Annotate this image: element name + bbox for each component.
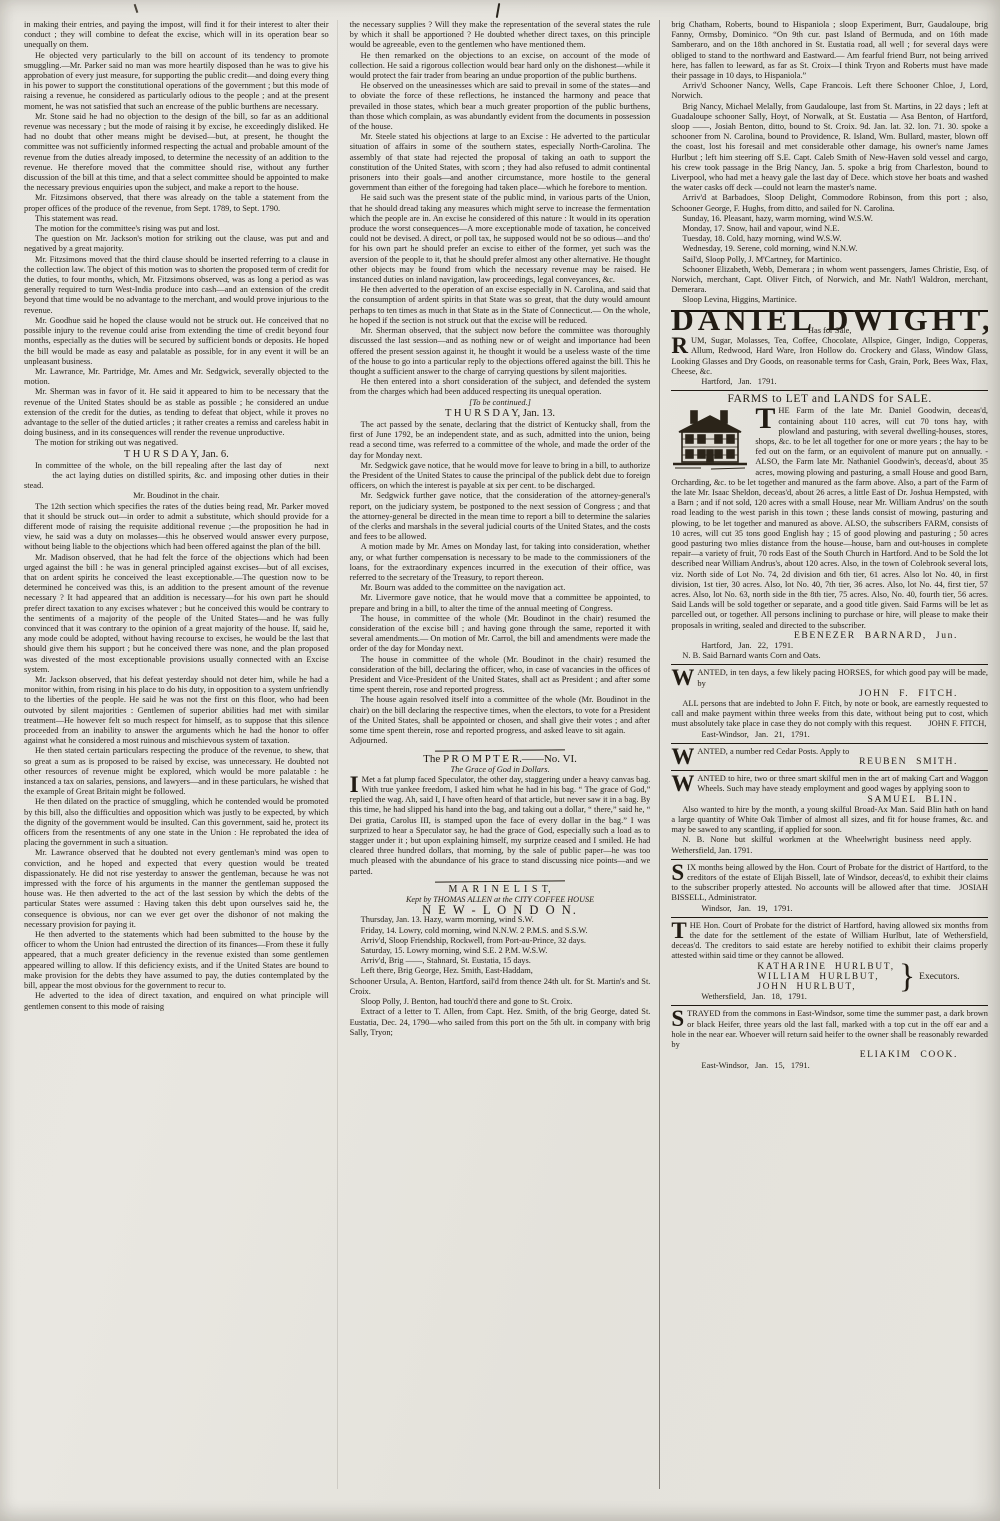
signature-line: SAMUEL BLIN. xyxy=(671,795,988,805)
signature-line: JOHN F. FITCH. xyxy=(671,689,988,699)
paragraph: The house, in committee of the whole (Mr… xyxy=(350,614,651,655)
drop-cap: T xyxy=(755,406,778,431)
paragraph: He then dilated on the practice of smugg… xyxy=(24,797,329,848)
paragraph: He then remarked on the objections to an… xyxy=(350,51,651,82)
dateline: East-Windsor, Jan. 15, 1791. xyxy=(671,1061,988,1071)
marine-list-heading: M A R I N E L I S T, xyxy=(350,885,651,895)
paragraph: He then stated certain particulars respe… xyxy=(24,746,329,797)
paragraph-continuation: Schooner Ursula, A. Benton, Hartford, sa… xyxy=(350,977,651,997)
farms-advert-paragraph: THE Farm of the late Mr. Daniel Goodwin,… xyxy=(671,406,988,630)
paragraph: The house again resolved itself into a c… xyxy=(350,695,651,746)
paragraph: He adverted to the idea of direct taxati… xyxy=(24,991,329,1011)
paragraph-continuation: in making their entries, and paying the … xyxy=(24,20,329,51)
paragraph: Friday, 14. Lowry, cold morning, wind N.… xyxy=(350,926,651,936)
decorative-rule xyxy=(435,750,565,752)
paragraph: Mr. Fitzsimons moved that the third clau… xyxy=(24,255,329,316)
centered-italic-line: The Grace of God in Dollars. xyxy=(350,765,651,775)
paragraph: He observed on the uneasinesses which ar… xyxy=(350,81,651,132)
advert-paragraph: RUM, Sugar, Molasses, Tea, Coffee, Choco… xyxy=(671,336,988,377)
paragraph: The house in committee of the whole (Mr.… xyxy=(350,655,651,696)
decorative-rule xyxy=(435,880,565,882)
paragraph: Arriv'd Schooner Nancy, Wells, Cape Fran… xyxy=(671,81,988,101)
signature-line: REUBEN SMITH. xyxy=(671,757,988,767)
dateline: East-Windsor, Jan. 21, 1791. xyxy=(671,730,988,740)
paragraph-continuation: brig Chatham, Roberts, bound to Hispanio… xyxy=(671,20,988,81)
drop-cap: T xyxy=(671,921,689,940)
paragraph: Mr. Lawrance, Mr. Partridge, Mr. Ames an… xyxy=(24,367,329,387)
signature-line: EBENEZER BARNARD, Jun. xyxy=(671,631,988,641)
advert-title: DANIEL DWIGHT, xyxy=(671,315,988,325)
paragraph: Arriv'd, Sloop Friendship, Rockwell, fro… xyxy=(350,936,651,946)
advert-paragraph: STRAYED from the commons in East-Windsor… xyxy=(671,1009,988,1050)
paragraph: Arriv'd, Brig ——, Stahnard, St. Eustatia… xyxy=(350,956,651,966)
column-congress-prompter-marine: the necessary supplies ? Will they make … xyxy=(337,20,651,1489)
paragraph: ALL persons that are indebted to John F.… xyxy=(671,699,988,730)
paragraph: Mr. Sherman was in favor of it. He said … xyxy=(24,387,329,438)
paragraph: Arriv'd at Barbadoes, Sloop Delight, Com… xyxy=(671,193,988,213)
paragraph: Mr. Fitzsimons observed, that there was … xyxy=(24,193,329,213)
section-heading: FARMS to LET and LANDS for SALE. xyxy=(671,394,988,404)
paragraph: Mr. Sherman observed, that the subject n… xyxy=(350,326,651,377)
paragraph: Mr. Madison observed, that he had felt t… xyxy=(24,553,329,675)
section-rule xyxy=(671,390,988,391)
paragraph: Mr. Goodhue said he hoped the clause wou… xyxy=(24,316,329,367)
dateline: Wethersfield, Jan. 18, 1791. xyxy=(671,992,988,1002)
paragraph: The motion for the committee's rising wa… xyxy=(24,224,329,234)
advert-paragraph: I Met a fat plump faced Speculator, the … xyxy=(350,775,651,877)
paragraph: Mr. Sedgwick gave notice, that he would … xyxy=(350,461,651,492)
paragraph: The question on Mr. Jackson's motion for… xyxy=(24,234,329,254)
executor-name: WILLIAM HURLBUT, xyxy=(757,972,894,982)
executor-name: KATHARINE HURLBUT, xyxy=(757,962,894,972)
paragraph: Mr. Jackson observed, that his defeat ye… xyxy=(24,675,329,746)
drop-cap: W xyxy=(671,668,697,687)
paragraph: In committee of the whole, on the bill r… xyxy=(24,461,329,492)
advert-paragraph: WANTED, in ten days, a few likely pacing… xyxy=(671,668,988,688)
drop-cap: R xyxy=(671,336,691,355)
dateline: Hartford, Jan. 1791. xyxy=(671,377,988,387)
paragraph: Extract of a letter to T. Allen, from Ca… xyxy=(350,1007,651,1038)
paragraph: Mr. Lawrance observed that he doubted no… xyxy=(24,848,329,930)
paragraph: The 12th section which specifies the rat… xyxy=(24,502,329,553)
drop-cap: W xyxy=(671,774,697,793)
paragraph: Brig Nancy, Michael Melally, from Gaudal… xyxy=(671,102,988,194)
paragraph: A motion made by Mr. Ames on Monday last… xyxy=(350,542,651,583)
paragraph: N. B. None but skilful workmen at the Wh… xyxy=(671,835,988,855)
day-heading: T H U R S D A Y, Jan. 6. xyxy=(24,450,329,460)
paragraph: This statement was read. xyxy=(24,214,329,224)
column-marine-adverts: brig Chatham, Roberts, bound to Hispanio… xyxy=(659,20,988,1489)
paragraph: Schooner Elizabeth, Webb, Demerara ; in … xyxy=(671,265,988,296)
section-rule xyxy=(671,664,988,665)
section-rule xyxy=(671,743,988,744)
paragraph: Mr. Livermore gave notice, that he would… xyxy=(350,593,651,613)
paragraph: Mr. Bourn was added to the committee on … xyxy=(350,583,651,593)
prompter-heading: The P R O M P T E R.——No. VI. xyxy=(350,754,651,764)
paragraph: He then entered into a short considerati… xyxy=(350,377,651,397)
paragraph: The motion for striking out was negative… xyxy=(24,438,329,448)
paragraph: Saturday, 15. Lowry morning, wind S.E. 2… xyxy=(350,946,651,956)
executors-label: Executors. xyxy=(919,972,959,982)
executors-block: KATHARINE HURLBUT,WILLIAM HURLBUT,JOHN H… xyxy=(757,962,988,993)
paragraph: Mr. Stone said he had no objection to th… xyxy=(24,112,329,194)
executor-name: JOHN HURLBUT, xyxy=(757,982,894,992)
column-layout: in making their entries, and paying the … xyxy=(0,0,1000,1495)
farmhouse-woodcut-illustration xyxy=(671,408,749,472)
paragraph: He then adverted to the operation of an … xyxy=(350,285,651,326)
paragraph: N. B. Said Barnard wants Corn and Oats. xyxy=(671,651,988,661)
paragraph-continuation: the necessary supplies ? Will they make … xyxy=(350,20,651,51)
advert-paragraph: THE Hon. Court of Probate for the distri… xyxy=(671,921,988,962)
column-congress-debate: in making their entries, and paying the … xyxy=(24,20,329,1489)
paragraph: Also wanted to hire by the month, a youn… xyxy=(671,805,988,836)
drop-cap: S xyxy=(671,1009,687,1028)
drop-cap: I xyxy=(350,775,362,794)
paragraph: He objected very particularly to the bil… xyxy=(24,51,329,112)
section-rule xyxy=(671,770,988,771)
marine-list-place-heading: N E W - L O N D O N. xyxy=(350,905,651,915)
paragraph: Sunday, 16. Pleasant, hazy, warm morning… xyxy=(671,214,988,224)
section-rule xyxy=(671,1005,988,1006)
section-rule xyxy=(671,917,988,918)
centered-italic-line: [To be continued.] xyxy=(350,398,651,408)
paragraph: Left there, Brig George, Hez. Smith, Eas… xyxy=(350,966,651,976)
advert-paragraph: WANTED to hire, two or three smart skilf… xyxy=(671,774,988,794)
dateline: Hartford, Jan. 22, 1791. xyxy=(671,641,988,651)
signature-line: ELIAKIM COOK. xyxy=(671,1050,988,1060)
day-heading: T H U R S D A Y, Jan. 13. xyxy=(350,409,651,419)
section-rule xyxy=(671,859,988,860)
paragraph: Sloop Polly, J. Benton, had touch'd ther… xyxy=(350,997,651,1007)
brace-glyph: } xyxy=(899,962,915,992)
paragraph: He said such was the present state of th… xyxy=(350,193,651,285)
newspaper-page: in making their entries, and paying the … xyxy=(0,0,1000,1521)
paragraph: Mr. Steele stated his objections at larg… xyxy=(350,132,651,193)
paragraph: Thursday, Jan. 13. Hazy, warm morning, w… xyxy=(350,915,651,925)
paragraph: Mr. Sedgwick further gave notice, that t… xyxy=(350,491,651,542)
paragraph: Tuesday, 18. Cold, hazy morning, wind W.… xyxy=(671,234,988,244)
centered-line: Mr. Boudinot in the chair. xyxy=(24,491,329,501)
paragraph: The act passed by the senate, declaring … xyxy=(350,420,651,461)
paragraph: He then adverted to the statements which… xyxy=(24,930,329,991)
paragraph: Monday, 17. Snow, hail and vapour, wind … xyxy=(671,224,988,234)
drop-cap: S xyxy=(671,863,687,882)
paragraph: Wednesday, 19. Serene, cold morning, win… xyxy=(671,244,988,254)
paragraph: Sail'd, Sloop Polly, J. M'Cartney, for M… xyxy=(671,255,988,265)
dateline: Windsor, Jan. 19, 1791. xyxy=(671,904,988,914)
drop-cap: W xyxy=(671,747,697,766)
advert-paragraph: SIX months being allowed by the Hon. Cou… xyxy=(671,863,988,904)
